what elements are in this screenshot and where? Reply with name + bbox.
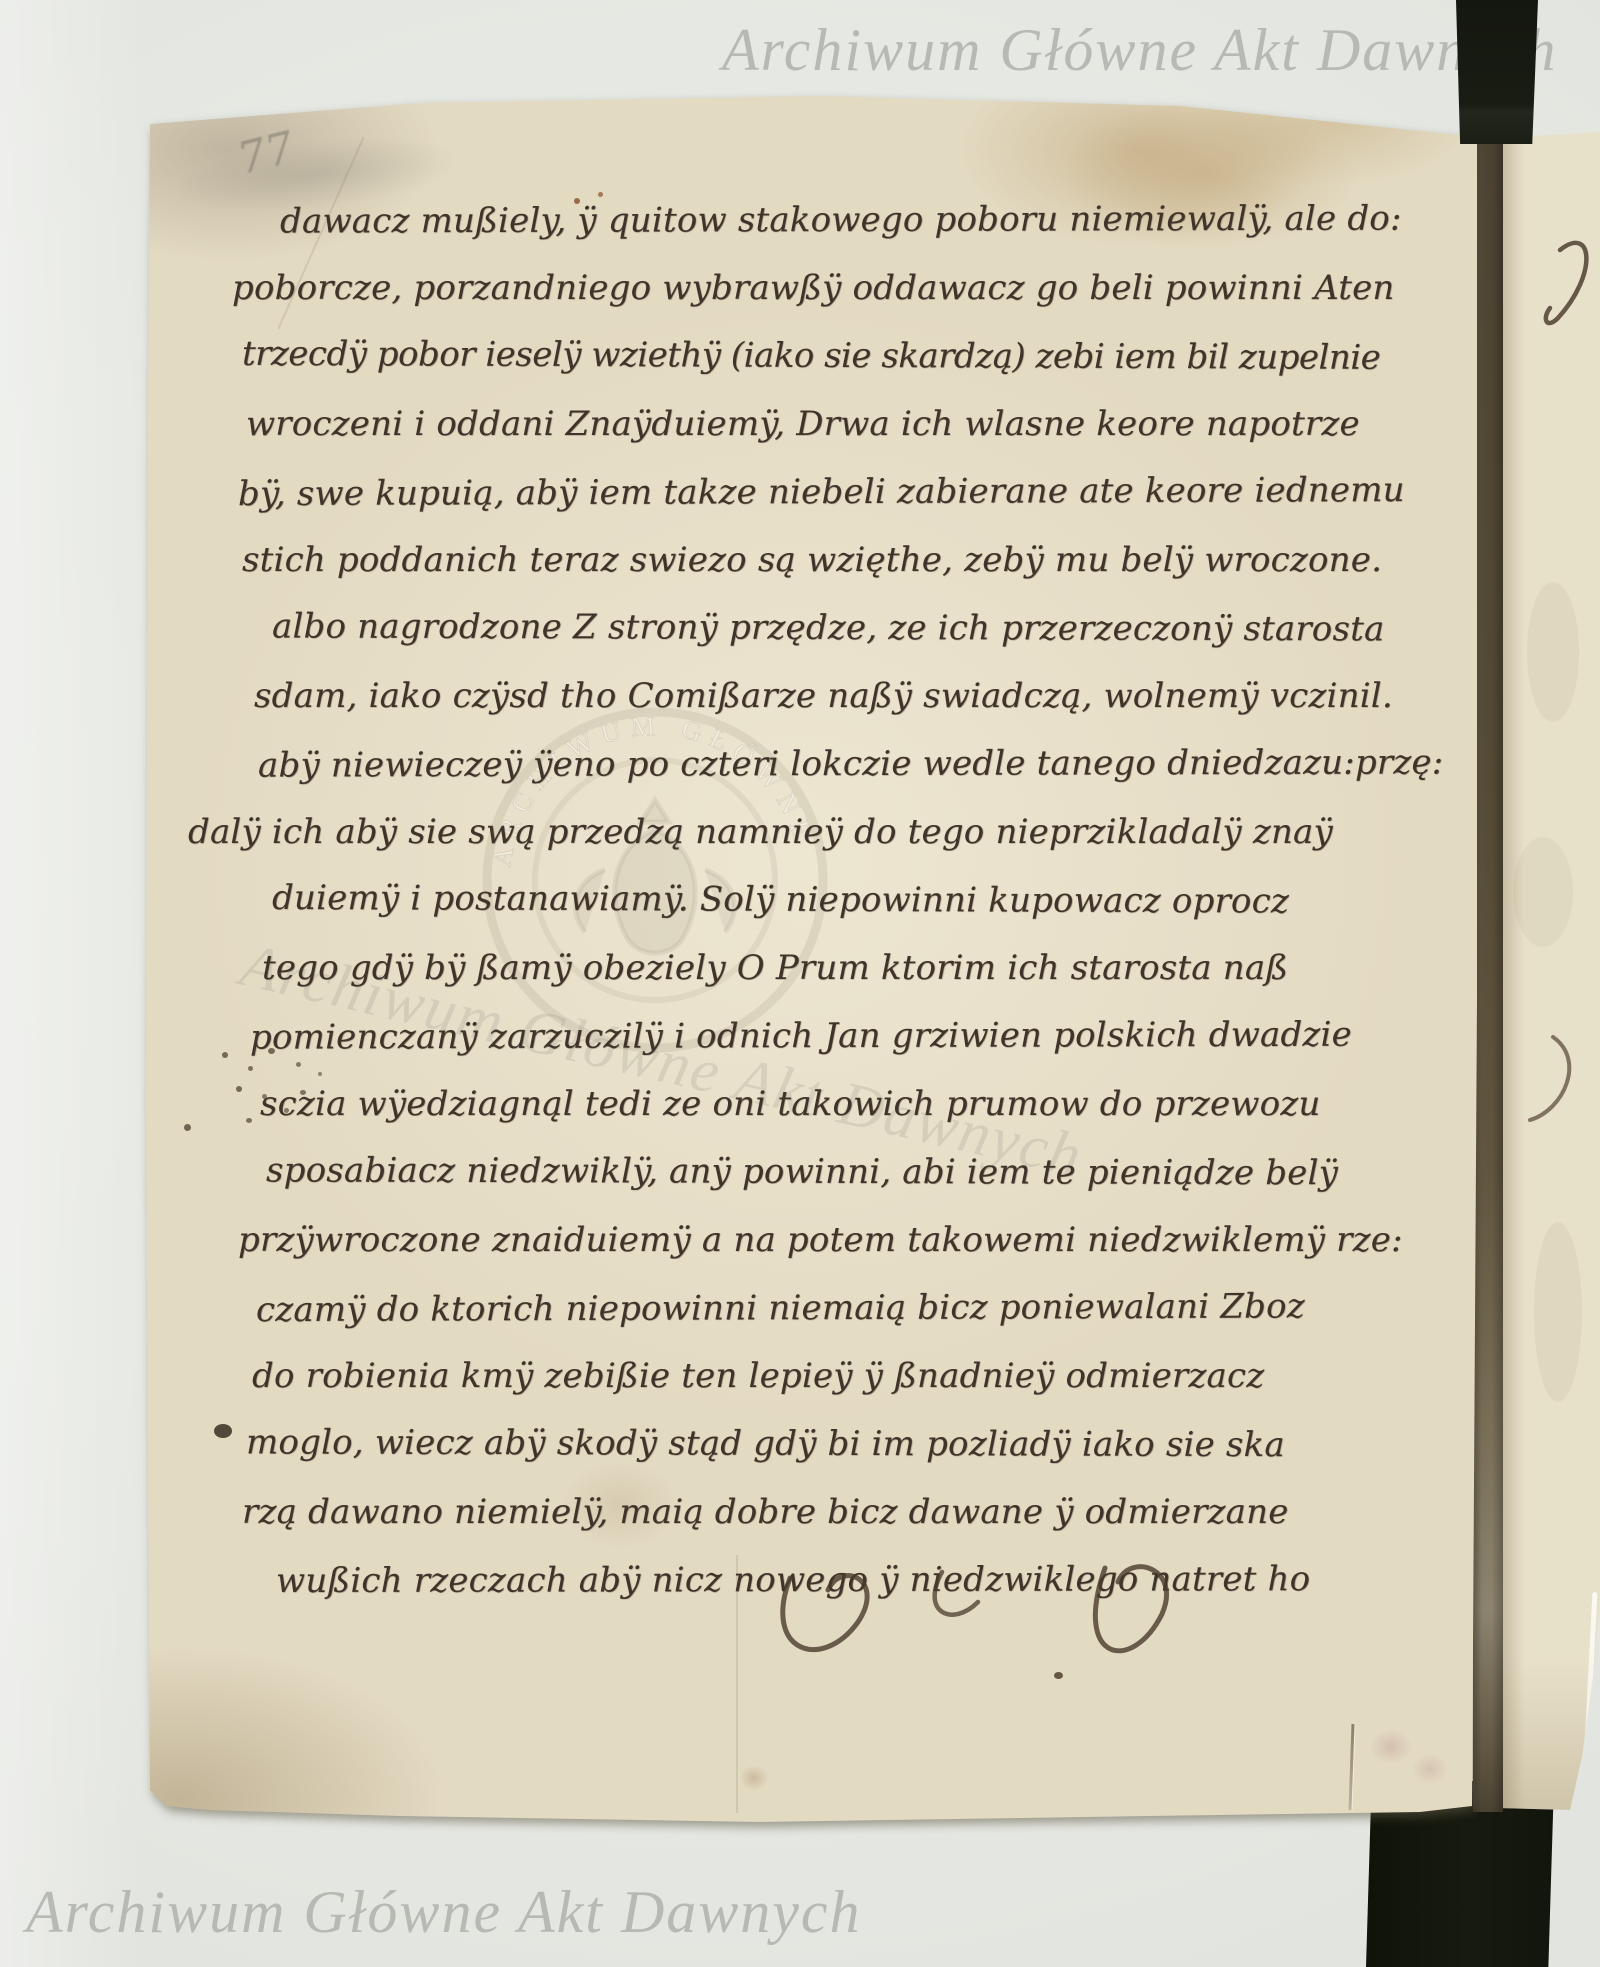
- manuscript-page: 77 ARCHIWUM GŁÓWNE Archiwum Główne Akt D…: [0, 0, 1600, 1967]
- paper-surface: 77 ARCHIWUM GŁÓWNE Archiwum Główne Akt D…: [0, 0, 1600, 1967]
- archive-scan: Archiwum Główne Akt Dawnych Archiwum Głó…: [0, 0, 1600, 1967]
- binding-strip-top: [1456, 0, 1538, 144]
- flourish-descender: [0, 0, 1600, 1967]
